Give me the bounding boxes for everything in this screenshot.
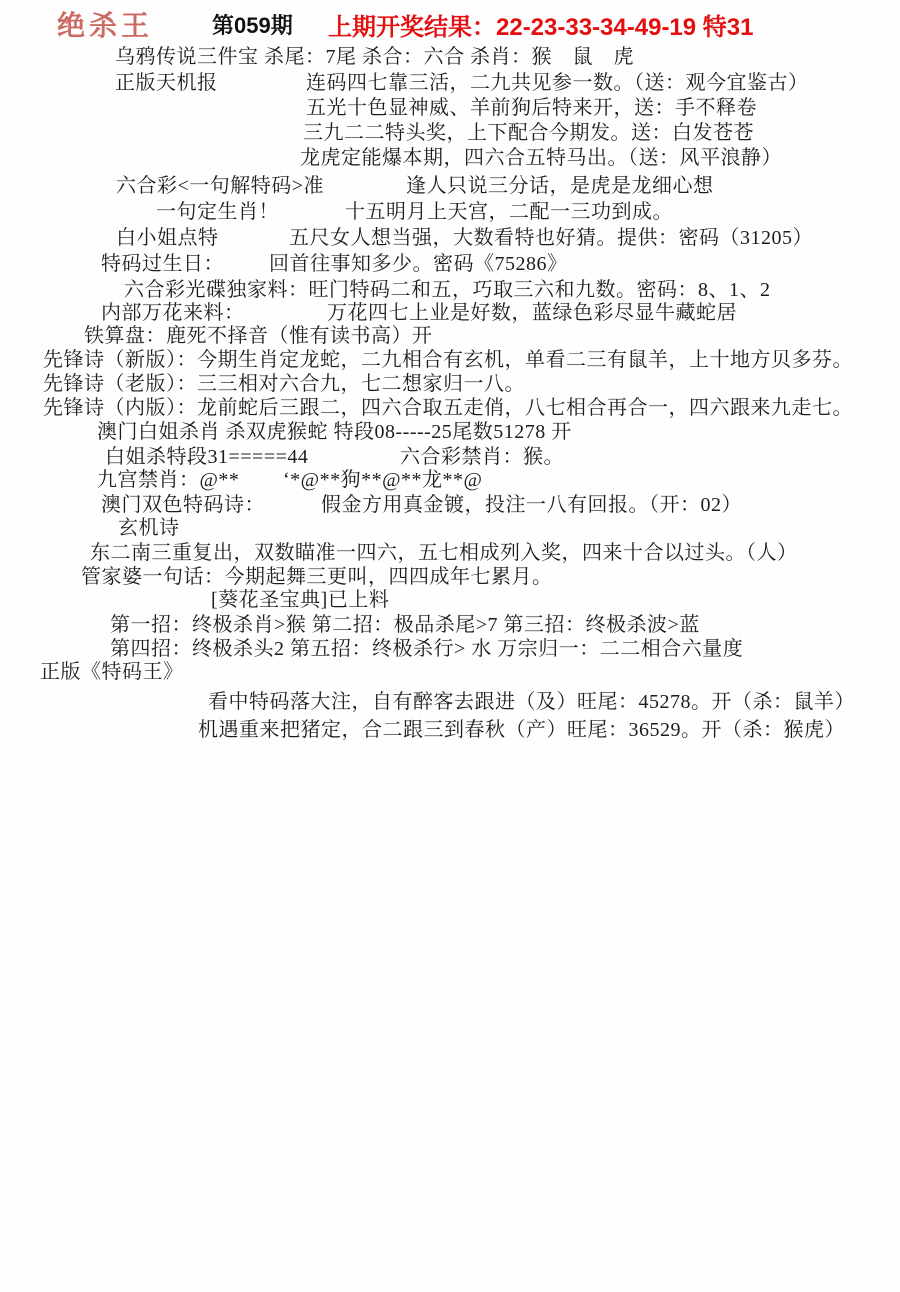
tip-line-mystery-poem: 东二南三重复出，双数瞄准一四六，五七相成列入奖，四来十合以过头。（人） bbox=[90, 542, 798, 565]
issue-number: 第059期 bbox=[212, 9, 293, 40]
tip-line-temawang-verse-2: 机遇重来把猪定，合二跟三到春秋（产）旺尾：36529。开（杀：猴虎） bbox=[198, 719, 845, 742]
tip-label-nine-palace: 九宫禁肖：@** bbox=[97, 469, 239, 492]
tip-label-zodiac-sentence: 一句定生肖！ bbox=[156, 201, 279, 224]
tip-line-miss-bai: 五尺女人想当强，大数看特也好猜。提供：密码（31205） bbox=[289, 227, 813, 250]
tip-label-tianji-report: 正版天机报 bbox=[115, 72, 218, 95]
tip-line-moves-4-5: 第四招：终极杀头2 第五招：终极杀行> 水 万宗归一：二二相合六量度 bbox=[110, 638, 743, 661]
tip-line-pioneer-inner: 先锋诗（内版）：龙前蛇后三跟二，四六合取五走俏，八七相合再合一，四六跟来九走七。 bbox=[43, 397, 853, 420]
tip-line-birthday-code: 回首往事知多少。密码《75286》 bbox=[269, 253, 568, 276]
tip-line-pioneer-old: 先锋诗（老版）：三三相对六合九，七二想家归一八。 bbox=[43, 373, 525, 396]
tip-line-tianji-verse-2: 五光十色显神威、羊前狗后特来开，送：手不释卷 bbox=[306, 97, 757, 120]
tip-line-one-sentence-code: 逢人只说三分话，是虎是龙细心想 bbox=[406, 175, 714, 198]
brand-title: 绝杀王 bbox=[57, 4, 153, 44]
tip-line-temawang-title: 正版《特码王》 bbox=[40, 661, 184, 684]
tip-line-wanhua: 万花四七上业是好数，蓝绿色彩尽显牛藏蛇居 bbox=[327, 302, 737, 325]
tip-line-forbidden-zodiac: 六合彩禁肖：猴。 bbox=[400, 446, 564, 469]
tip-line-tianji-verse-4: 龙虎定能爆本期，四六合五特马出。（送：风平浪静） bbox=[300, 147, 782, 170]
tip-label-birthday-code: 特码过生日： bbox=[101, 253, 224, 276]
tip-line-macau-bai-kill: 澳门白姐杀肖 杀双虎猴蛇 特段08-----25尾数51278 开 bbox=[97, 421, 572, 444]
tip-line-crow-three-treasures: 乌鸦传说三件宝 杀尾：7尾 杀合：六合 杀肖：猴 鼠 虎 bbox=[115, 46, 634, 69]
tip-line-macau-poem: 假金方用真金镀，投注一八有回报。（开：02） bbox=[321, 494, 742, 517]
tip-line-tianji-verse-1: 连码四七靠三活，二九共见参一数。（送：观今宜鉴古） bbox=[306, 72, 809, 95]
lottery-tip-sheet: 绝杀王 第059期 上期开奖结果：22-23-33-34-49-19 特31 乌… bbox=[0, 0, 900, 1292]
tip-line-housekeeper: 管家婆一句话：今期起舞三更叫，四四成年七累月。 bbox=[81, 566, 553, 589]
tip-line-mystery-poem-title: 玄机诗 bbox=[118, 517, 180, 540]
tip-line-moves-1-3: 第一招：终极杀肖>猴 第二招：极品杀尾>7 第三招：终极杀波>蓝 bbox=[110, 614, 700, 637]
tip-line-tianji-verse-3: 三九二二特头奖，上下配合今期发。送：白发苍苍 bbox=[303, 122, 754, 145]
tip-line-abacus: 铁算盘：鹿死不择音（惟有读书高）开 bbox=[84, 325, 433, 348]
tip-label-miss-bai: 白小姐点特 bbox=[116, 227, 219, 250]
tip-line-temawang-verse-1: 看中特码落大注，自有醉客去跟进（及）旺尾：45278。开（杀：鼠羊） bbox=[208, 691, 855, 714]
tip-line-cd-exclusive: 六合彩光碟独家料：旺门特码二和五，巧取三六和九数。密码：8、1、2 bbox=[124, 279, 771, 302]
tip-line-nine-palace: ‘*@**狗**@**龙**@ bbox=[283, 469, 482, 492]
tip-label-bai-kill-segment: 白姐杀特段31=====44 bbox=[105, 446, 308, 469]
tip-label-one-sentence-code: 六合彩<一句解特码>准 bbox=[116, 175, 324, 198]
last-draw-result: 上期开奖结果：22-23-33-34-49-19 特31 bbox=[328, 7, 754, 42]
tip-line-sunflower-title: [葵花圣宝典]已上料 bbox=[211, 589, 389, 612]
tip-line-zodiac-sentence: 十五明月上天宫，二配一三功到成。 bbox=[345, 201, 673, 224]
tip-line-pioneer-new: 先锋诗（新版）：今期生肖定龙蛇，二九相合有玄机，单看二三有鼠羊，上十地方贝多芬。 bbox=[43, 349, 853, 372]
tip-label-wanhua: 内部万花来料： bbox=[101, 302, 245, 325]
tip-label-macau-poem: 澳门双色特码诗： bbox=[101, 494, 265, 517]
